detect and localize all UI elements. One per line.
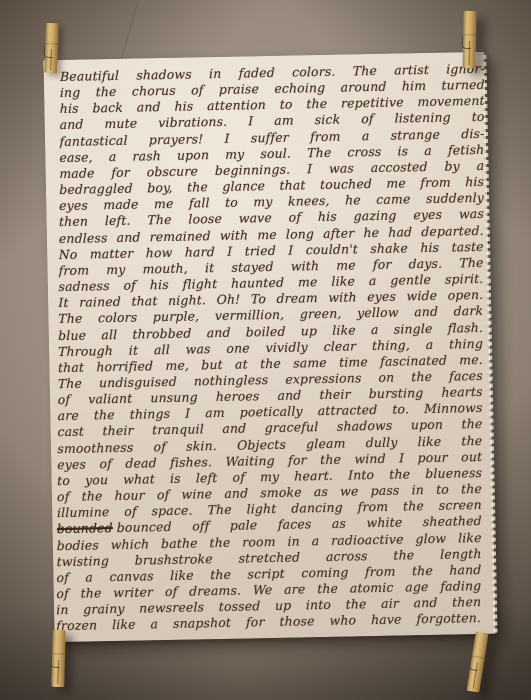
clothespin-spring-icon bbox=[44, 45, 53, 58]
clothespin-bottom-left bbox=[51, 630, 65, 687]
struck-word: bounded bbox=[57, 520, 113, 536]
manuscript-paper: Beautiful shadows in faded colors. The a… bbox=[43, 52, 495, 642]
clothespin-top-right bbox=[463, 11, 477, 68]
clothespin-spring-icon bbox=[51, 655, 60, 668]
clothespin-spring-icon bbox=[462, 36, 471, 49]
clothespin-spring-icon bbox=[469, 657, 480, 671]
manuscript-text: Beautiful shadows in faded colors. The a… bbox=[56, 61, 485, 638]
clothespin-top-left bbox=[44, 23, 59, 73]
